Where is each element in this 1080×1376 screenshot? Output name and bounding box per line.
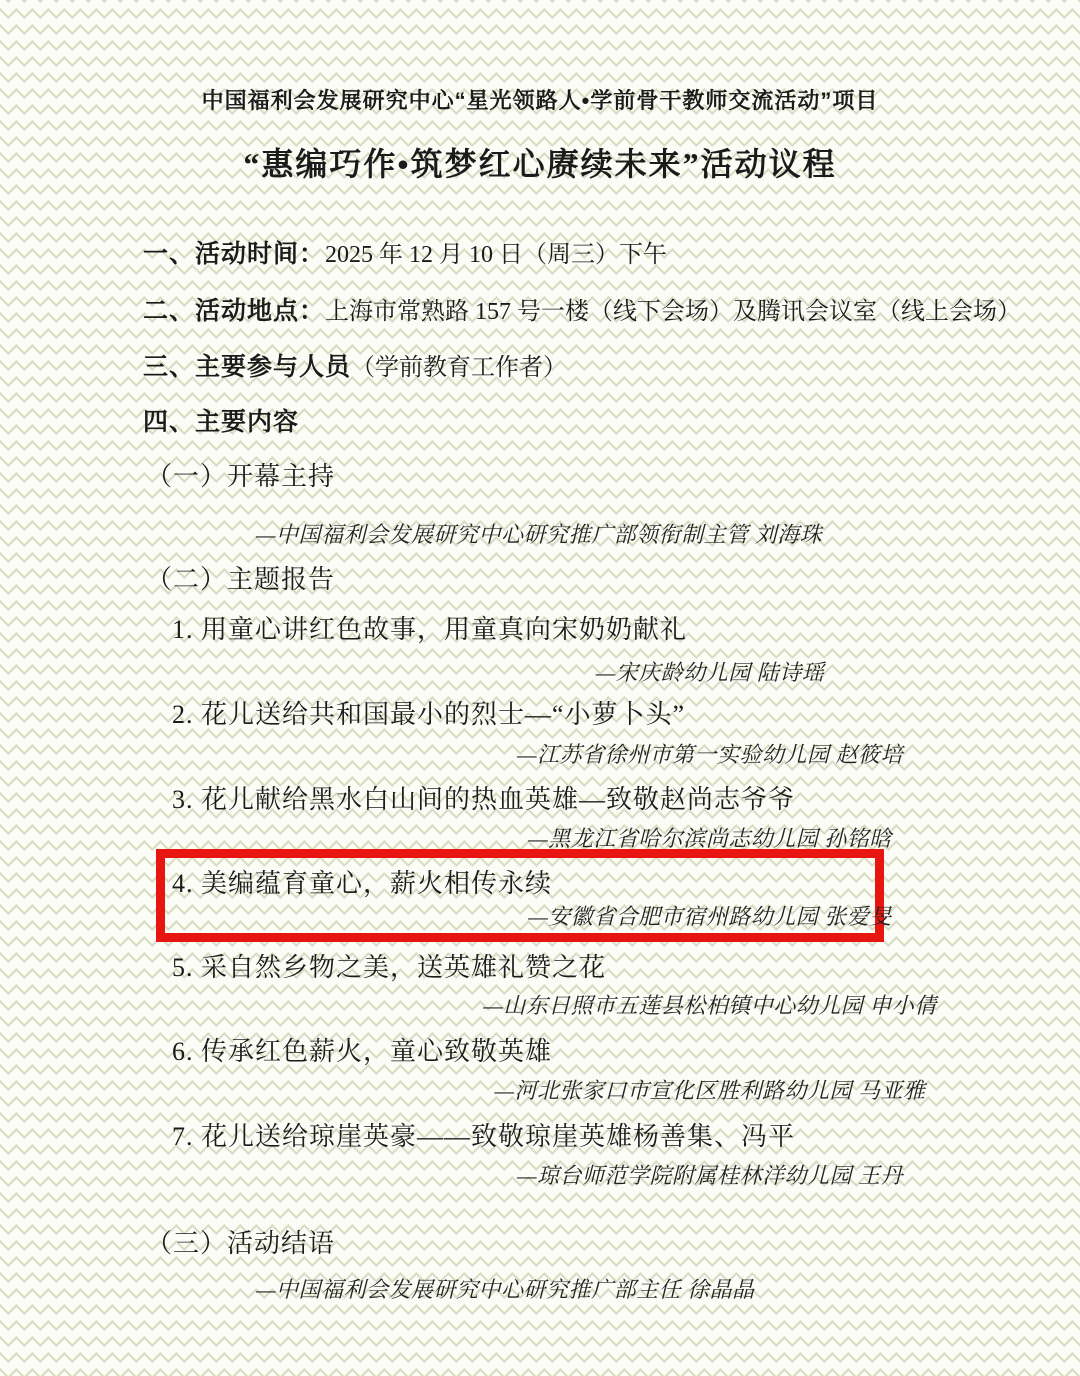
report-item-speaker: —江苏省徐州市第一实验幼儿园 赵筱培: [410, 738, 1010, 769]
page-subtitle: “惠编巧作•筑梦红心赓续未来”活动议程: [0, 139, 1080, 185]
closing-speaker: —中国福利会发展研究中心研究推广部主任 徐晶晶: [256, 1273, 755, 1304]
time-value: 2025 年 12 月 10 日（周三）下午: [325, 242, 667, 268]
report-item-title: 1. 用童心讲红色故事，用童真向宋奶奶献礼: [172, 609, 687, 646]
report-item-speaker: —河北张家口市宣化区胜利路幼儿园 马亚雅: [410, 1074, 1010, 1105]
participants-label: 三、主要参与人员: [143, 353, 351, 381]
report-item-speaker: —琼台师范学院附属桂林洋幼儿园 王丹: [410, 1159, 1010, 1190]
time-label: 一、活动时间：: [143, 240, 325, 268]
info-row-time: 一、活动时间：2025 年 12 月 10 日（周三）下午: [143, 234, 667, 270]
content-label: 四、主要内容: [143, 408, 299, 436]
info-row-place: 二、活动地点：上海市常熟路 157 号一楼（线下会场）及腾讯会议室（线上会场）: [143, 291, 1021, 327]
page-title: 中国福利会发展研究中心“星光领路人•学前骨干教师交流活动”项目: [0, 84, 1080, 115]
report-item-title: 3. 花儿献给黑水白山间的热血英雄—致敬赵尚志爷爷: [172, 779, 795, 816]
place-label: 二、活动地点：: [143, 297, 325, 325]
report-item-speaker: —黑龙江省哈尔滨尚志幼儿园 孙铭晗: [410, 822, 1010, 853]
agenda-document-page: 中国福利会发展研究中心“星光领路人•学前骨干教师交流活动”项目 “惠编巧作•筑梦…: [0, 0, 1080, 1376]
report-item-title-highlighted: 4. 美编蕴育童心，薪火相传永续: [172, 863, 552, 900]
closing-heading: （三）活动结语: [146, 1223, 335, 1260]
report-item-title: 6. 传承红色薪火，童心致敬英雄: [172, 1031, 552, 1068]
report-item-speaker: —宋庆龄幼儿园 陆诗瑶: [410, 656, 1010, 687]
reports-heading: （二）主题报告: [146, 559, 335, 596]
report-item-title: 7. 花儿送给琼崖英豪——致敬琼崖英雄杨善集、冯平: [172, 1116, 795, 1153]
report-item-speaker: —山东日照市五莲县松柏镇中心幼儿园 申小倩: [410, 989, 1010, 1020]
report-item-speaker-highlighted: —安徽省合肥市宿州路幼儿园 张爱旻: [410, 900, 1010, 931]
place-value: 上海市常熟路 157 号一楼（线下会场）及腾讯会议室（线上会场）: [325, 299, 1021, 325]
report-item-title: 2. 花儿送给共和国最小的烈士—“小萝卜头”: [172, 694, 685, 731]
participants-value: （学前教育工作者）: [351, 355, 567, 381]
opening-speaker: —中国福利会发展研究中心研究推广部领衔制主管 刘海珠: [256, 518, 822, 549]
info-row-participants: 三、主要参与人员（学前教育工作者）: [143, 347, 567, 383]
report-item-title: 5. 采自然乡物之美，送英雄礼赞之花: [172, 947, 606, 984]
info-row-main-content: 四、主要内容: [143, 402, 299, 438]
opening-heading: （一）开幕主持: [146, 456, 335, 493]
